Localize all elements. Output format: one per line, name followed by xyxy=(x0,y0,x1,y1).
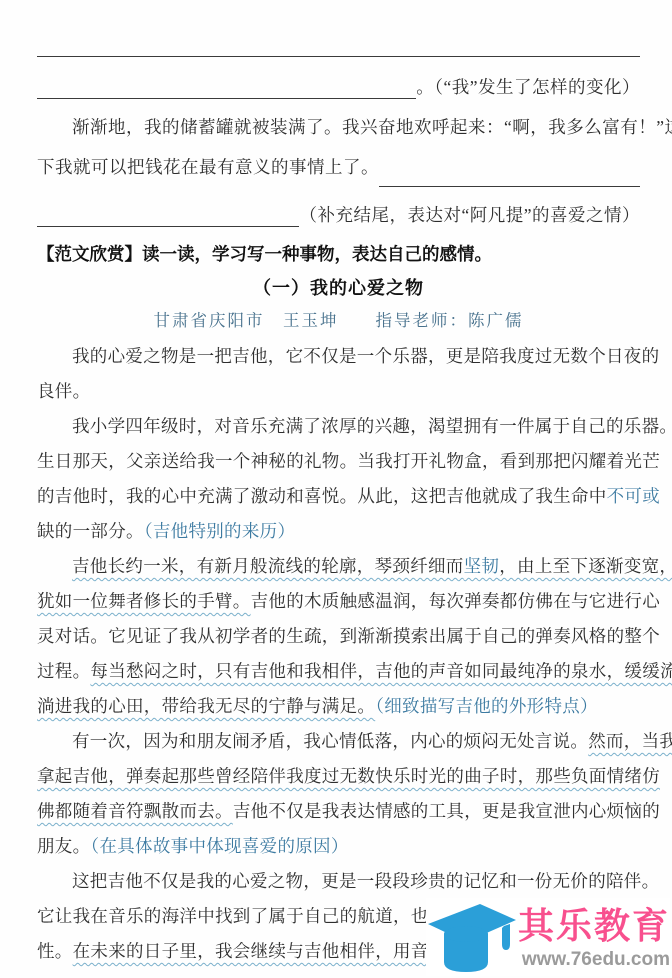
watermark-text: 其乐教育 www.76edu.com xyxy=(518,898,670,972)
essay-line: 淌进我的心田，带给我无尽的宁静与满足。（细致描写吉他的外形特点） xyxy=(37,689,640,724)
essay-text-segment: 佛都随着音符飘散而去。 xyxy=(37,801,233,821)
watermark: 其乐教育 www.76edu.com xyxy=(426,898,670,976)
essay-line: 缺的一部分。（吉他特别的来历） xyxy=(37,514,640,549)
essay-text-segment: 坚韧 xyxy=(464,556,500,576)
essay-text-segment: 有一次，因为和朋友闹矛盾，我心情低落，内心的烦闷无处言说。 xyxy=(72,731,588,751)
essay-text-segment: 性。 xyxy=(37,941,73,961)
watermark-brand: 其乐教育 xyxy=(518,906,670,946)
fill-in-blank-line xyxy=(37,204,299,227)
annotation-text: （吉他特别的来历） xyxy=(144,521,295,541)
essay-text-segment: 吉他长约一米，有新月般流线的轮廓，琴颈纤细而 xyxy=(72,556,464,576)
essay-text-segment: 我小学四年级时，对音乐充满了浓厚的兴趣，渴望拥有一件属于自己的乐器。 xyxy=(72,416,672,436)
essay-body: 我的心爱之物是一把吉他，它不仅是一个乐器，更是陪我度过无数个日夜的良伴。我小学四… xyxy=(37,339,640,969)
essay-title: （一）我的心爱之物 xyxy=(37,275,640,301)
essay-text-segment: 灵对话。它见证了我从初学者的生疏，到渐渐摸索出属于自己的弹奏风格的整个 xyxy=(37,626,660,646)
answer-row-ending: （补充结尾，表达对“阿凡提”的喜爱之情） xyxy=(37,203,640,227)
exercise-paragraph-line-2: 下我就可以把钱花在最有意义的事情上了。 xyxy=(37,147,379,187)
essay-line: 良伴。 xyxy=(37,374,640,409)
essay-text-segment: 缺的一部分。 xyxy=(37,521,144,541)
essay-line: 佛都随着音符飘散而去。吉他不仅是我表达情感的工具，更是我宣泄内心烦恼的 xyxy=(37,794,640,829)
watermark-url: www.76edu.com xyxy=(522,948,670,972)
essay-line: 我的心爱之物是一把吉他，它不仅是一个乐器，更是陪我度过无数个日夜的 xyxy=(37,339,640,374)
essay-text-segment: 淌进我的心田，带给我无尽的宁静与满足。 xyxy=(37,696,375,716)
essay-line: 拿起吉他，弹奏起那些曾经陪伴我度过无数快乐时光的曲子时，那些负面情绪仿 xyxy=(37,759,640,794)
essay-line: 过程。每当愁闷之时，只有吉他和我相伴，吉他的声音如同最纯净的泉水，缓缓流 xyxy=(37,654,640,689)
essay-line: 这把吉他不仅是我的心爱之物，更是一段段珍贵的记忆和一份无价的陪伴。 xyxy=(37,864,640,899)
annotation-text: 不可或 xyxy=(607,486,660,506)
page-content: 。（“我”发生了怎样的变化） 渐渐地，我的储蓄罐就被装满了。我兴奋地欢呼起来：“… xyxy=(0,56,672,969)
essay-line: 朋友。（在具体故事中体现喜爱的原因） xyxy=(37,829,640,864)
essay-text-segment: 吉他不仅是我表达情感的工具，更是我宣泄内心烦恼的 xyxy=(233,801,660,821)
essay-text-segment: 良伴。 xyxy=(37,381,90,401)
annotation-text: （在具体故事中体现喜爱的原因） xyxy=(90,836,348,856)
change-hint-text: 。（“我”发生了怎样的变化） xyxy=(416,75,640,99)
essay-line: 我小学四年级时，对音乐充满了浓厚的兴趣，渴望拥有一件属于自己的乐器。 xyxy=(37,409,640,444)
section-heading: 【范文欣赏】读一读，学习写一种事物，表达自己的感情。 xyxy=(37,241,640,267)
essay-line: 灵对话。它见证了我从初学者的生疏，到渐渐摸索出属于自己的弹奏风格的整个 xyxy=(37,619,640,654)
document-page: 。（“我”发生了怎样的变化） 渐渐地，我的储蓄罐就被装满了。我兴奋地欢呼起来：“… xyxy=(0,0,672,978)
essay-text-segment: 的吉他时，我的心中充满了激动和喜悦。从此，这把吉他就成了我生命中 xyxy=(37,486,607,506)
ending-hint-text: （补充结尾，表达对“阿凡提”的喜爱之情） xyxy=(299,203,640,227)
exercise-paragraph-line-2-row: 下我就可以把钱花在最有意义的事情上了。 xyxy=(37,147,640,187)
essay-line: 的吉他时，我的心中充满了激动和喜悦。从此，这把吉他就成了我生命中不可或 xyxy=(37,479,640,514)
essay-text-segment: 朋友。 xyxy=(37,836,90,856)
essay-text-segment: 吉他的木质触感温润，每次弹奏都仿佛在与它进行心 xyxy=(251,591,660,611)
essay-text-segment: 我的心爱之物是一把吉他，它不仅是一个乐器，更是陪我度过无数个日夜的 xyxy=(72,346,659,366)
essay-line: 生日那天，父亲送给我一个神秘的礼物。当我打开礼物盒，看到那把闪耀着光芒 xyxy=(37,444,640,479)
answer-row-change: 。（“我”发生了怎样的变化） xyxy=(37,75,640,99)
essay-text-segment: 生日那天，父亲送给我一个神秘的礼物。当我打开礼物盒，看到那把闪耀着光芒 xyxy=(37,451,660,471)
essay-byline: 甘肃省庆阳市 王玉坤 指导老师：陈广儒 xyxy=(37,309,640,333)
graduation-cap-icon xyxy=(426,898,518,976)
essay-text-segment: 然而，当我 xyxy=(588,731,672,751)
annotation-text: （细致描写吉他的外形特点） xyxy=(375,696,598,716)
essay-text-segment: 过程。 xyxy=(37,661,90,681)
essay-text-segment: ，由上至下逐渐变宽， xyxy=(499,556,672,576)
top-horizontal-rule xyxy=(37,56,640,57)
essay-text-segment: 每当愁闷之时，只有吉他和我相伴，吉他的声音如同最纯净的泉水，缓缓流 xyxy=(90,661,672,681)
essay-text-segment: 拿起吉他，弹奏起那些曾经陪伴我度过无数快乐时光的曲子时，那些负面情绪仿 xyxy=(37,766,660,786)
essay-text-segment: 犹如一位舞者修长的手臂。 xyxy=(37,591,251,611)
essay-text-segment: 这把吉他不仅是我的心爱之物，更是一段段珍贵的记忆和一份无价的陪伴。 xyxy=(72,871,659,891)
essay-line: 吉他长约一米，有新月般流线的轮廓，琴颈纤细而坚韧，由上至下逐渐变宽， xyxy=(37,549,640,584)
fill-in-blank-line xyxy=(379,164,640,187)
exercise-paragraph-line-1: 渐渐地，我的储蓄罐就被装满了。我兴奋地欢呼起来：“啊，我多么富有！”这 xyxy=(37,107,640,147)
essay-line: 犹如一位舞者修长的手臂。吉他的木质触感温润，每次弹奏都仿佛在与它进行心 xyxy=(37,584,640,619)
fill-in-blank-line xyxy=(37,76,416,99)
essay-line: 有一次，因为和朋友闹矛盾，我心情低落，内心的烦闷无处言说。然而，当我 xyxy=(37,724,640,759)
